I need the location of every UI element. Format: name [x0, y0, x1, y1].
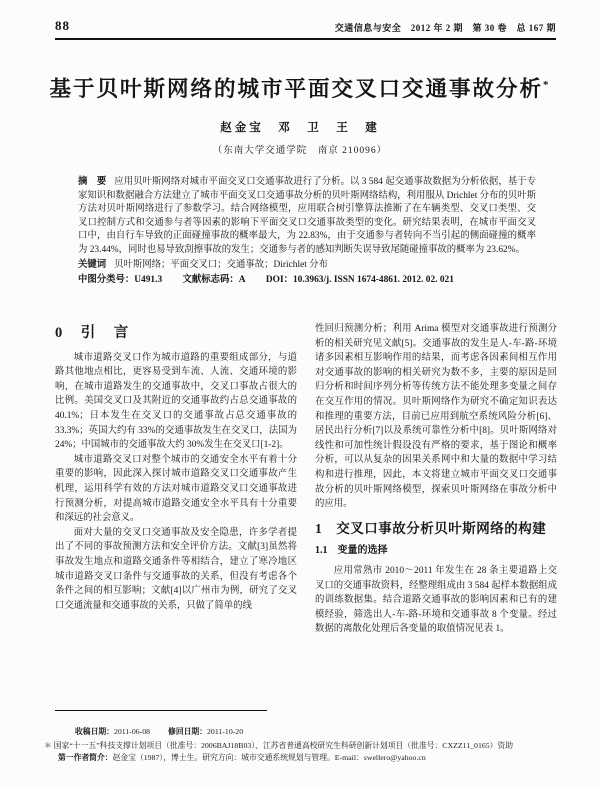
doc-code-value: A [239, 275, 246, 285]
doi-value: 10.3963/j. ISSN 1674-4861. 2012. 02. 021 [293, 275, 454, 285]
page-number: 88 [55, 18, 70, 34]
title-footnote-asterisk: * [543, 79, 551, 91]
right-column: 性回归预测分析；利用 Arima 模型对交通事故进行预测分析的相关研究见文献[5… [315, 322, 557, 637]
footnote-separator [55, 710, 267, 711]
abstract-text: 应用贝叶斯网络对城市平面交叉口交通事故进行了分析。以 3 584 起交通事故数据… [78, 177, 536, 255]
paper-page: 88 交通信息与安全 2012 年 2 期 第 30 卷 总 167 期 基于贝… [0, 0, 600, 787]
paper-title-text: 基于贝叶斯网络的城市平面交叉口交通事故分析 [49, 77, 543, 101]
received-date-value: 2011-06-08 [114, 727, 150, 736]
abstract-paragraph: 摘 要应用贝叶斯网络对城市平面交叉口交通事故进行了分析。以 3 584 起交通事… [78, 176, 536, 258]
revised-date-label: 修回日期： [168, 727, 207, 736]
intro-paragraph-3-continued: 性回归预测分析；利用 Arima 模型对交通事故进行预测分析的相关研究见文献[5… [315, 322, 557, 512]
journal-header-line: 交通信息与安全 2012 年 2 期 第 30 卷 总 167 期 [335, 21, 556, 34]
body-columns: 0 引 言 城市道路交叉口作为城市道路的重要组成部分，与道路其他地点相比，更容易… [55, 322, 557, 637]
received-date-label: 收稿日期： [75, 727, 114, 736]
author-bio-line: 第一作者简介：赵金宝（1987），博士生。研究方向：城市交通系统规划与管理。E-… [58, 752, 560, 764]
section-1-1-paragraph: 应用常熟市 2010～2011 年发生在 28 条主要道路上交叉口的交通事故资料… [315, 564, 557, 637]
keywords-line: 关键词贝叶斯网络；平面交叉口；交通事故；Dirichlet 分布 [78, 259, 536, 273]
clc-label: 中图分类号： [78, 275, 134, 285]
footnotes-block: 收稿日期：2011-06-08 修回日期：2011-10-20 ＊ 国家“十一五… [44, 726, 560, 764]
paper-title: 基于贝叶斯网络的城市平面交叉口交通事故分析* [0, 72, 600, 103]
left-column: 0 引 言 城市道路交叉口作为城市道路的重要组成部分，与道路其他地点相比，更容易… [55, 322, 297, 637]
abstract-label: 摘 要 [78, 177, 106, 187]
section-1-heading: 1 交叉口事故分析贝叶斯网络的构建 [315, 522, 557, 537]
author-bio-label: 第一作者简介： [58, 753, 113, 762]
revised-date-value: 2011-10-20 [207, 727, 243, 736]
clc-value: U491.3 [134, 275, 162, 285]
section-1-1-heading: 1.1 变量的选择 [315, 544, 557, 559]
title-block: 基于贝叶斯网络的城市平面交叉口交通事故分析* 赵金宝 邓 卫 王 建 （东南大学… [0, 72, 600, 156]
abstract-block: 摘 要应用贝叶斯网络对城市平面交叉口交通事故进行了分析。以 3 584 起交通事… [78, 176, 536, 288]
classification-line: 中图分类号：U491.3 文献标志码：A DOI：10.3963/j. ISSN… [78, 274, 536, 288]
keywords-text: 贝叶斯网络；平面交叉口；交通事故；Dirichlet 分布 [114, 260, 328, 270]
section-0-heading: 0 引 言 [55, 326, 297, 341]
doi-label: DOI： [266, 275, 293, 285]
affiliation-line: （东南大学交通学院 南京 210096） [0, 142, 600, 156]
funding-line: ＊ 国家“十一五”科技支撑计划项目（批准号：2006BAJ18B03）、江苏省普… [44, 740, 560, 752]
keywords-label: 关键词 [78, 260, 106, 270]
intro-paragraph-3: 面对大量的交叉口交通事故及安全隐患，许多学者提出了不同的事故预测方法和安全评价方… [55, 526, 297, 614]
author-bio-value: 赵金宝（1987），博士生。研究方向：城市交通系统规划与管理。E-mail：sw… [113, 753, 426, 762]
intro-paragraph-1: 城市道路交叉口作为城市道路的重要组成部分，与道路其他地点相比，更容易受到车流、人… [55, 351, 297, 453]
dates-line: 收稿日期：2011-06-08 修回日期：2011-10-20 [75, 726, 560, 738]
intro-paragraph-2: 城市道路交叉口对整个城市的交通安全水平有着十分重要的影响，因此深入探讨城市道路交… [55, 453, 297, 526]
page-header: 88 交通信息与安全 2012 年 2 期 第 30 卷 总 167 期 [55, 18, 556, 40]
authors-line: 赵金宝 邓 卫 王 建 [0, 119, 600, 135]
doc-code-label: 文献标志码： [182, 275, 238, 285]
